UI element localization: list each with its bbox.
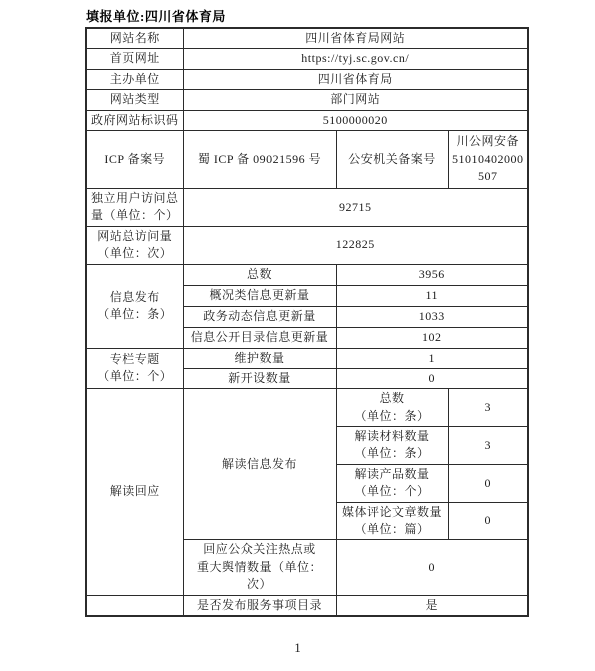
- special-columns-group-label: 专栏专题 （单位：个）: [86, 348, 183, 389]
- organizer-value: 四川省体育局: [183, 69, 528, 89]
- info-publish-overview-value: 11: [336, 285, 528, 306]
- interpretation-media-value: 0: [448, 502, 528, 540]
- table-row: 解读回应 解读信息发布 总数 （单位：条） 3: [86, 389, 528, 427]
- home-url-label: 首页网址: [86, 49, 183, 69]
- info-publish-catalog-label: 信息公开目录信息更新量: [183, 327, 336, 348]
- service-catalog-value: 是: [336, 595, 528, 616]
- police-filing-value: 川公网安备 51010402000 507: [448, 130, 528, 188]
- site-name-value: 四川省体育局网站: [183, 28, 528, 49]
- service-catalog-label: 是否发布服务事项目录: [183, 595, 336, 616]
- table-row: 专栏专题 （单位：个） 维护数量 1: [86, 348, 528, 368]
- info-publish-total-label: 总数: [183, 264, 336, 285]
- table-row: ICP 备案号 蜀 ICP 备 09021596 号 公安机关备案号 川公网安备…: [86, 130, 528, 188]
- info-publish-group-label: 信息发布 （单位：条）: [86, 264, 183, 348]
- site-type-value: 部门网站: [183, 90, 528, 110]
- total-visits-value: 122825: [183, 226, 528, 264]
- info-publish-gov-news-label: 政务动态信息更新量: [183, 306, 336, 327]
- report-page: 填报单位:四川省体育局 网站名称 四川省体育局网站 首页网址 https://t…: [0, 0, 595, 671]
- unique-visitors-value: 92715: [183, 188, 528, 226]
- special-columns-maintained-value: 1: [336, 348, 528, 368]
- info-publish-total-value: 3956: [336, 264, 528, 285]
- interpretation-materials-value: 3: [448, 427, 528, 465]
- icp-value: 蜀 ICP 备 09021596 号: [183, 130, 336, 188]
- table-row: 政府网站标识码 5100000020: [86, 110, 528, 130]
- table-row: 主办单位 四川省体育局: [86, 69, 528, 89]
- interpretation-publish-label: 解读信息发布: [183, 389, 336, 540]
- special-columns-maintained-label: 维护数量: [183, 348, 336, 368]
- special-columns-new-label: 新开设数量: [183, 368, 336, 388]
- hot-response-label: 回应公众关注热点或 重大舆情数量（单位： 次）: [183, 540, 336, 595]
- table-row: 信息发布 （单位：条） 总数 3956: [86, 264, 528, 285]
- table-row: 网站类型 部门网站: [86, 90, 528, 110]
- interpretation-total-value: 3: [448, 389, 528, 427]
- page-number: 1: [0, 640, 595, 656]
- interpretation-products-label: 解读产品数量 （单位：个）: [336, 464, 448, 502]
- table-row: 首页网址 https://tyj.sc.gov.cn/: [86, 49, 528, 69]
- unique-visitors-label: 独立用户访问总 量（单位：个）: [86, 188, 183, 226]
- website-report-table: 网站名称 四川省体育局网站 首页网址 https://tyj.sc.gov.cn…: [85, 27, 529, 617]
- filing-unit-title: 填报单位:四川省体育局: [86, 6, 226, 25]
- hot-response-value: 0: [336, 540, 528, 595]
- site-code-label: 政府网站标识码: [86, 110, 183, 130]
- police-filing-label: 公安机关备案号: [336, 130, 448, 188]
- site-code-value: 5100000020: [183, 110, 528, 130]
- total-visits-label: 网站总访问量 （单位：次）: [86, 226, 183, 264]
- interpretation-products-value: 0: [448, 464, 528, 502]
- home-url-value: https://tyj.sc.gov.cn/: [183, 49, 528, 69]
- site-name-label: 网站名称: [86, 28, 183, 49]
- info-publish-overview-label: 概况类信息更新量: [183, 285, 336, 306]
- interpretation-media-label: 媒体评论文章数量 （单位：篇）: [336, 502, 448, 540]
- interpretation-group-label: 解读回应: [86, 389, 183, 595]
- table-row: 网站总访问量 （单位：次） 122825: [86, 226, 528, 264]
- info-publish-catalog-value: 102: [336, 327, 528, 348]
- organizer-label: 主办单位: [86, 69, 183, 89]
- table-row: 网站名称 四川省体育局网站: [86, 28, 528, 49]
- table-row: 是否发布服务事项目录 是: [86, 595, 528, 616]
- icp-label: ICP 备案号: [86, 130, 183, 188]
- interpretation-materials-label: 解读材料数量 （单位：条）: [336, 427, 448, 465]
- empty-cell: [86, 595, 183, 616]
- site-type-label: 网站类型: [86, 90, 183, 110]
- info-publish-gov-news-value: 1033: [336, 306, 528, 327]
- special-columns-new-value: 0: [336, 368, 528, 388]
- table-row: 独立用户访问总 量（单位：个） 92715: [86, 188, 528, 226]
- interpretation-total-label: 总数 （单位：条）: [336, 389, 448, 427]
